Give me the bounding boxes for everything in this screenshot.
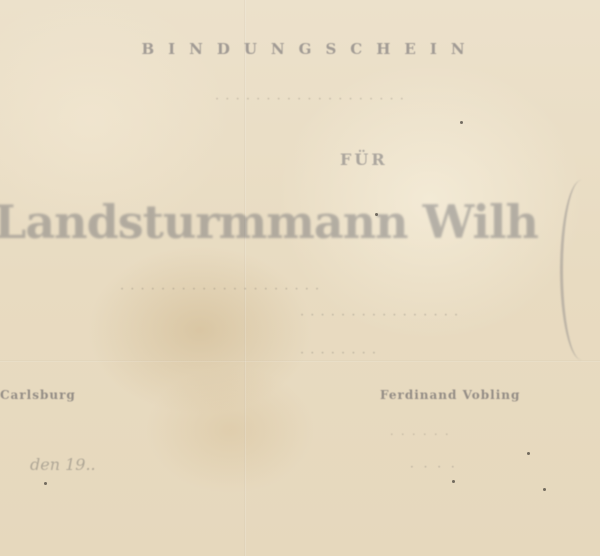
vertical-fold-crease (244, 0, 246, 556)
body-line: · · · · · · · · (300, 346, 500, 361)
signature-left: Carlsburg (0, 388, 76, 402)
ink-speck (44, 482, 47, 485)
body-line: · · · · · · · · · · · · · · · · (300, 308, 600, 323)
signature-right: Ferdinand Vobling (380, 388, 520, 402)
ink-speck (527, 452, 530, 455)
for-label: FÜR (340, 150, 388, 169)
ink-speck (375, 213, 378, 216)
blackletter-heading: Landsturmmann Wilh (0, 195, 554, 249)
ink-speck (452, 480, 455, 483)
document-subtitle: · · · · · · · · · · · · · · · · · · · (30, 92, 590, 107)
document-title: BINDUNGSCHEIN (60, 40, 560, 58)
date-right: · · · · (410, 460, 458, 474)
signature-caption: · · · · · · (390, 428, 450, 441)
bracket-ornament (560, 180, 600, 360)
document-page: BINDUNGSCHEIN · · · · · · · · · · · · · … (0, 0, 600, 556)
body-line: · · · · · · · · · · · · · · · · · · · · (120, 282, 600, 297)
ink-speck (543, 488, 546, 491)
ink-speck (460, 121, 463, 124)
date-line: den 19.. (30, 455, 96, 474)
